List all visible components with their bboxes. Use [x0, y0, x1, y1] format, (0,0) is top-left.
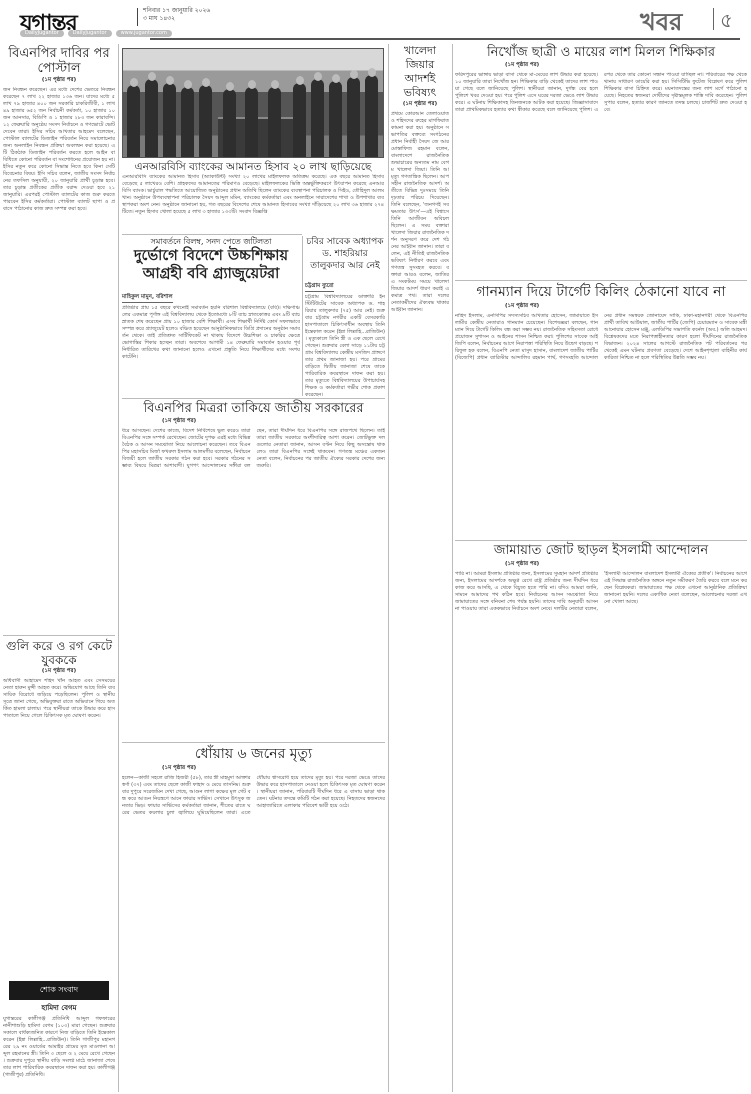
dateline: শনিবার ১৭ জানুয়ারি ২০২৬ ৩ মাঘ ১৪৩২ [143, 7, 210, 23]
article-bnp-mitra[interactable]: বিএনপির মিত্ররা তাকিয়ে জাতীয় সরকারের (… [122, 400, 385, 748]
headline[interactable]: গানম্যান দিয়ে টার্গেট কিলিং ঠেকানো যাবে… [455, 282, 747, 302]
article-body: নাহিদ ইসলাম, এনসিপির সদস্যসচিব আখতার হোস… [455, 313, 747, 553]
article-body: পারি না। আমরা ইসলাম প্রতিষ্ঠার জন্য, ইসল… [455, 571, 747, 1091]
obituary-header: শোক সংবাদ [9, 981, 109, 1000]
article-shahriar[interactable]: চবির সাবেক অধ্যাপক ড. শাহরিয়ার তালুকদার… [305, 236, 385, 404]
article-body: এনআরবিসি ব্যাংকের আমানত হিসাব (অ্যাকাউন্… [122, 174, 384, 230]
article-jamaat[interactable]: জামায়াত জোট ছাড়ল ইসলামী আন্দোলন (১ম পৃ… [455, 542, 747, 1091]
obituary-body: যুগান্তরের কালীগঞ্জ প্রতিনিধি আব্দুল গফফ… [3, 1016, 115, 1079]
article-khaleda[interactable]: খালেদা জিয়ার আদর্শই ভবিষ্যৎ (১ম পৃষ্ঠার… [391, 44, 449, 1094]
headline[interactable]: বিএনপির মিত্ররা তাকিয়ে জাতীয় সরকারের [122, 400, 385, 417]
continued-label: (১ম পৃষ্ঠার পর) [122, 765, 385, 773]
headline[interactable]: নিখোঁজ ছাত্রী ও মায়ের লাশ মিলল শিক্ষিকা… [455, 44, 747, 61]
logo-divider [137, 8, 138, 26]
date-bangla: ৩ মাঘ ১৪৩২ [143, 15, 210, 23]
column-rule [388, 44, 389, 1092]
article-body: ফরিদপুরের ভাঙ্গায় ভাড়া বাসা থেকে মা-মে… [455, 72, 747, 277]
byline: চট্টগ্রাম ব্যুরো [305, 283, 334, 292]
headline[interactable]: দুর্ভোগে বিদেশে উচ্চশিক্ষায় আগ্রহী ববি … [122, 247, 300, 283]
article-nikhoj[interactable]: নিখোঁজ ছাত্রী ও মায়ের লাশ মিলল শিক্ষিকা… [455, 44, 747, 277]
page-number: ৫ [720, 6, 733, 39]
headline[interactable]: গুলি করে ও রগ কেটে যুবককে [3, 639, 115, 667]
article-nrbc[interactable]: এনআরবিসি ব্যাংকের আমানত হিসাব ২০ লাখ ছাড… [122, 160, 384, 230]
masthead: যুগান্তর শনিবার ১৭ জানুয়ারি ২০২৬ ৩ মাঘ … [0, 0, 751, 40]
website-link[interactable]: www.jugantor.com [116, 30, 172, 37]
obituary-name: হামিদা বেগম [3, 1002, 115, 1014]
article-body: অধিবাসী আহামেদ শহিদ খাঁন আহত এবং সেসময়ে… [3, 678, 115, 978]
divider [455, 540, 747, 541]
section-divider [713, 8, 714, 30]
continued-label: (১ম পৃষ্ঠার পর) [3, 77, 115, 85]
article-body: ধরে আসছেন। দেশের কাজে, বিদেশ নির্বিশেষে … [122, 428, 385, 748]
article-gunman[interactable]: গানম্যান দিয়ে টার্গেট কিলিং ঠেকানো যাবে… [455, 282, 747, 553]
column-rule [302, 236, 303, 396]
divider [3, 635, 115, 636]
article-guli-jubok[interactable]: গুলি করে ও রগ কেটে যুবককে (১ম পৃষ্ঠার পর… [3, 639, 115, 978]
headline[interactable]: চবির সাবেক অধ্যাপক ড. শাহরিয়ার তালুকদার… [305, 236, 385, 272]
article-bobi[interactable]: সমাবর্তনে বিলম্ব, সনদ পেতে জটিলতা দুর্ভো… [122, 236, 300, 408]
article-dhoya[interactable]: ধোঁয়ায় ৬ জনের মৃত্যু (১ম পৃষ্ঠার পর) হ… [122, 744, 385, 1094]
divider [122, 742, 385, 743]
headline[interactable]: খালেদা জিয়ার আদর্শই ভবিষ্যৎ [391, 44, 449, 100]
continued-label: (১ম পৃষ্ঠার পর) [122, 418, 385, 426]
article-body: হলেন—কাজী সহলে রাজি হিজরী (৫৮), তার স্ত্… [122, 775, 385, 1094]
column-rule [118, 44, 119, 1092]
photo-caption-headline[interactable]: এনআরবিসি ব্যাংকের আমানত হিসাব ২০ লাখ ছাড… [122, 160, 384, 174]
article-bnp-postal[interactable]: বিএনপির দাবির পর পোস্টাল (১ম পৃষ্ঠার পর)… [3, 46, 115, 632]
obituary: শোক সংবাদ হামিদা বেগম যুগান্তরের কালীগঞ্… [3, 981, 115, 1079]
divider [122, 398, 385, 399]
continued-label: (১ম পৃষ্ঠার পর) [455, 303, 747, 311]
article-body: প্রথমে কোরআন তেলাওয়াত ও শহিদদের রুহের ম… [391, 111, 449, 1094]
headline[interactable]: ধোঁয়ায় ৬ জনের মৃত্যু [122, 744, 385, 764]
continued-label: (১ম পৃষ্ঠার পর) [391, 101, 449, 109]
nrbc-group-photo[interactable] [122, 48, 384, 158]
column-rule [452, 44, 453, 1092]
divider [455, 280, 747, 281]
article-body: প্রতিষ্ঠার প্রায় ১৫ বছরে কখনোই সমাবর্তন… [122, 305, 300, 408]
continued-label: (১ম পৃষ্ঠার পর) [455, 561, 747, 569]
article-body: জন নিবন্ধন করেছেন। এর মধ্যে দেশের ভেতরে … [3, 87, 115, 632]
kicker: সমাবর্তনে বিলম্ব, সনদ পেতে জটিলতা [122, 236, 300, 247]
newspaper-logo[interactable]: যুগান্তর [20, 6, 77, 43]
byline: মাহিকুল মামুন, বরিশাল [122, 294, 173, 303]
headline[interactable]: বিএনপির দাবির পর পোস্টাল [3, 46, 115, 76]
twitter-link[interactable]: DailyJugantor [68, 30, 112, 37]
continued-label: (১ম পৃষ্ঠার পর) [3, 668, 115, 676]
section-title: খবর [640, 4, 682, 44]
date-gregorian: শনিবার ১৭ জানুয়ারি ২০২৬ [143, 7, 210, 15]
left-column: বিএনপির দাবির পর পোস্টাল (১ম পৃষ্ঠার পর)… [3, 42, 115, 1092]
divider [122, 234, 302, 235]
article-body: চট্টগ্রাম বিশ্ববিদ্যালয়ের ডাক্তারি ইনস্… [305, 294, 385, 404]
social-links: DailyJugantor DailyJugantor www.jugantor… [20, 30, 172, 37]
continued-label: (১ম পৃষ্ঠার পর) [455, 62, 747, 70]
headline[interactable]: জামায়াত জোট ছাড়ল ইসলামী আন্দোলন [455, 542, 747, 560]
facebook-link[interactable]: DailyJugantor [20, 30, 64, 37]
